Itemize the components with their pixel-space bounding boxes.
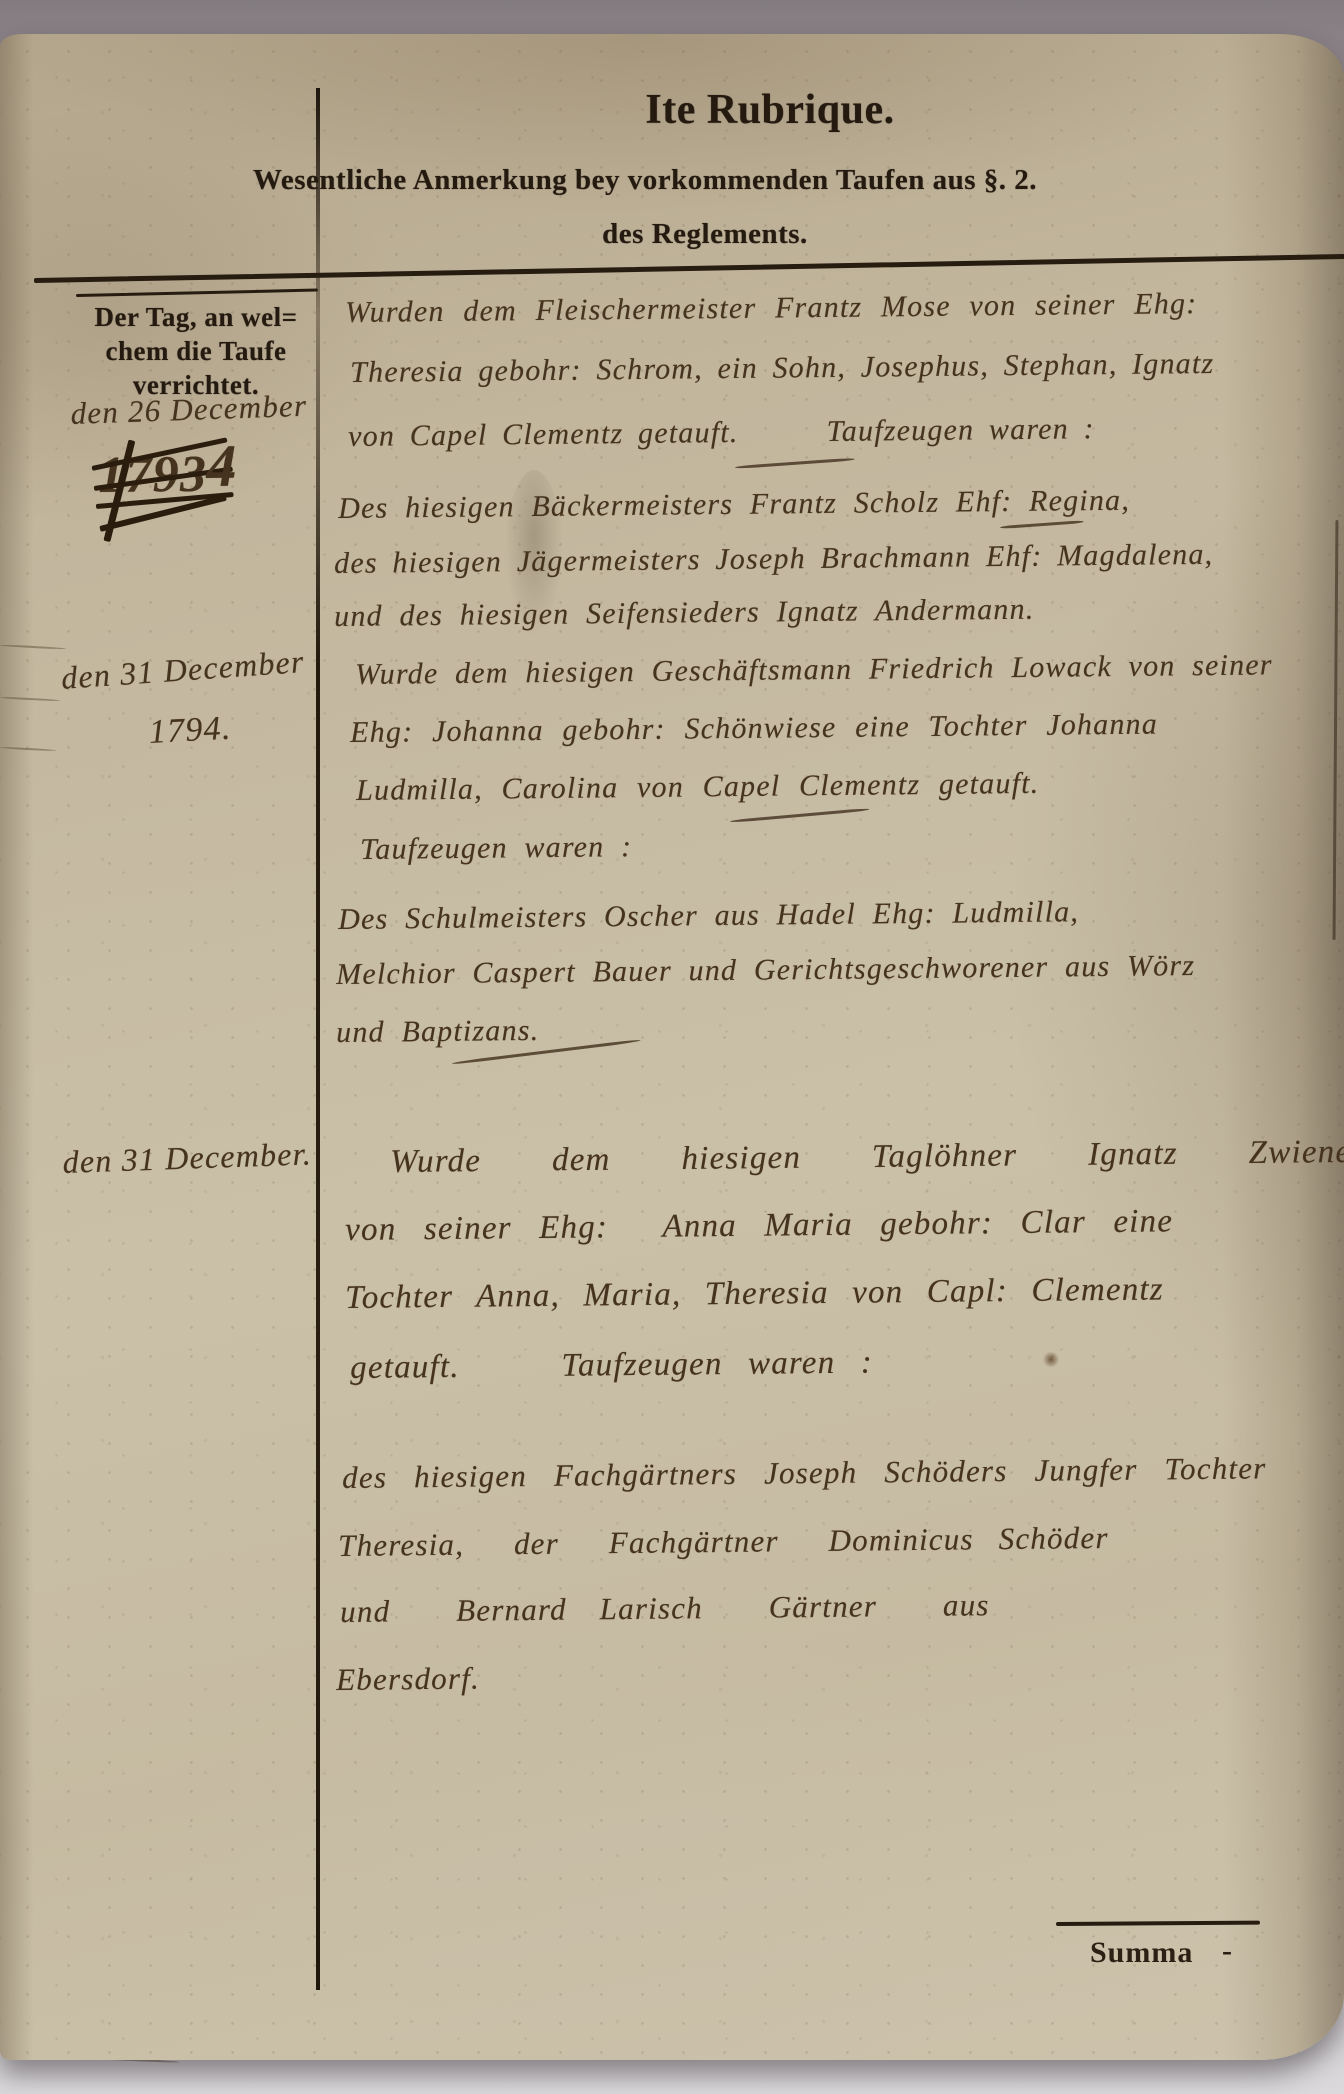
underline-flourish <box>730 808 870 823</box>
entry2-date-line1: den 31 December <box>60 643 306 697</box>
entry3-date-line: den 31 December. <box>62 1135 312 1181</box>
photo-backdrop: Ite Rubrique. Wesentliche Anmerkung bey … <box>0 0 1344 2094</box>
handwritten-line: Ebersdorf. <box>336 1660 480 1698</box>
margin-crease <box>0 644 66 649</box>
entry1-date-line: den 26 December <box>70 388 308 432</box>
handwritten-line: getauft. Taufzeugen waren : <box>350 1345 873 1387</box>
handwritten-line: Melchior Caspert Bauer und Gerichtsgesch… <box>336 949 1195 992</box>
handwritten-line: Ehg: Johanna gebohr: Schönwiese eine Toc… <box>350 708 1158 750</box>
register-page: Ite Rubrique. Wesentliche Anmerkung bey … <box>0 34 1344 2060</box>
handwritten-line: Tochter Anna, Maria, Theresia von Capl: … <box>345 1271 1164 1317</box>
handwritten-line: Wurde dem hiesigen Geschäftsmann Friedri… <box>355 648 1273 692</box>
handwritten-line: und Bernard Larisch Gärtner aus <box>340 1587 990 1630</box>
handwritten-line: des hiesigen Jägermeisters Joseph Brachm… <box>334 538 1213 581</box>
handwritten-line: Des hiesigen Bäckermeisters Frantz Schol… <box>338 484 1130 526</box>
day-column-top-rule <box>76 289 318 297</box>
summa-rule <box>1056 1921 1260 1926</box>
paper-stain <box>1042 1352 1060 1367</box>
day-column-header-line2: chem die Taufe <box>78 334 314 368</box>
header-subtitle-line1: Wesentliche Anmerkung bey vorkommenden T… <box>235 164 1055 197</box>
year-correction: 4 <box>206 432 238 501</box>
handwritten-line: Des Schulmeisters Oscher aus Hadel Ehg: … <box>338 895 1079 937</box>
crossed-out-year: 1793 <box>98 442 218 542</box>
handwritten-line: Wurden dem Fleischermeister Frantz Mose … <box>345 287 1198 330</box>
handwritten-line: und des hiesigen Seifensieders Ignatz An… <box>334 593 1035 634</box>
column-divider-line <box>316 88 320 1990</box>
handwritten-line: von Capel Clementz getauft. Taufzeugen w… <box>348 412 1095 454</box>
margin-crease <box>0 696 60 701</box>
entry2-date-line2: 1794. <box>148 710 232 752</box>
handwritten-line: Wurde dem hiesigen Taglöhner Ignatz Zwie… <box>390 1134 1344 1181</box>
page-title: Ite Rubrique. <box>560 86 980 134</box>
handwritten-line: Theresia, der Fachgärtner Dominicus Schö… <box>338 1520 1109 1564</box>
day-column-header-line1: Der Tag, an wel= <box>78 300 314 334</box>
handwritten-line: des hiesigen Fachgärtners Joseph Schöder… <box>342 1450 1267 1496</box>
handwritten-line: Theresia gebohr: Schrom, ein Sohn, Josep… <box>350 347 1215 390</box>
underline-flourish <box>735 458 855 469</box>
header-subtitle-line2: des Reglements. <box>520 218 890 251</box>
header-divider-rule <box>34 254 1344 283</box>
summa-label: Summa <box>1090 1936 1193 1970</box>
handwritten-line: Taufzeugen waren : <box>360 830 632 867</box>
page-edge-line <box>1333 520 1339 940</box>
handwritten-line: Ludmilla, Carolina von Capel Clementz ge… <box>356 767 1040 808</box>
day-column-header: Der Tag, an wel= chem die Taufe verricht… <box>78 300 314 402</box>
underline-flourish <box>1000 520 1084 529</box>
handwritten-line: und Baptizans. <box>336 1014 540 1050</box>
margin-crease <box>0 747 56 752</box>
handwritten-line: von seiner Ehg: Anna Maria gebohr: Clar … <box>345 1203 1173 1249</box>
summa-dash: - <box>1222 1934 1233 1968</box>
